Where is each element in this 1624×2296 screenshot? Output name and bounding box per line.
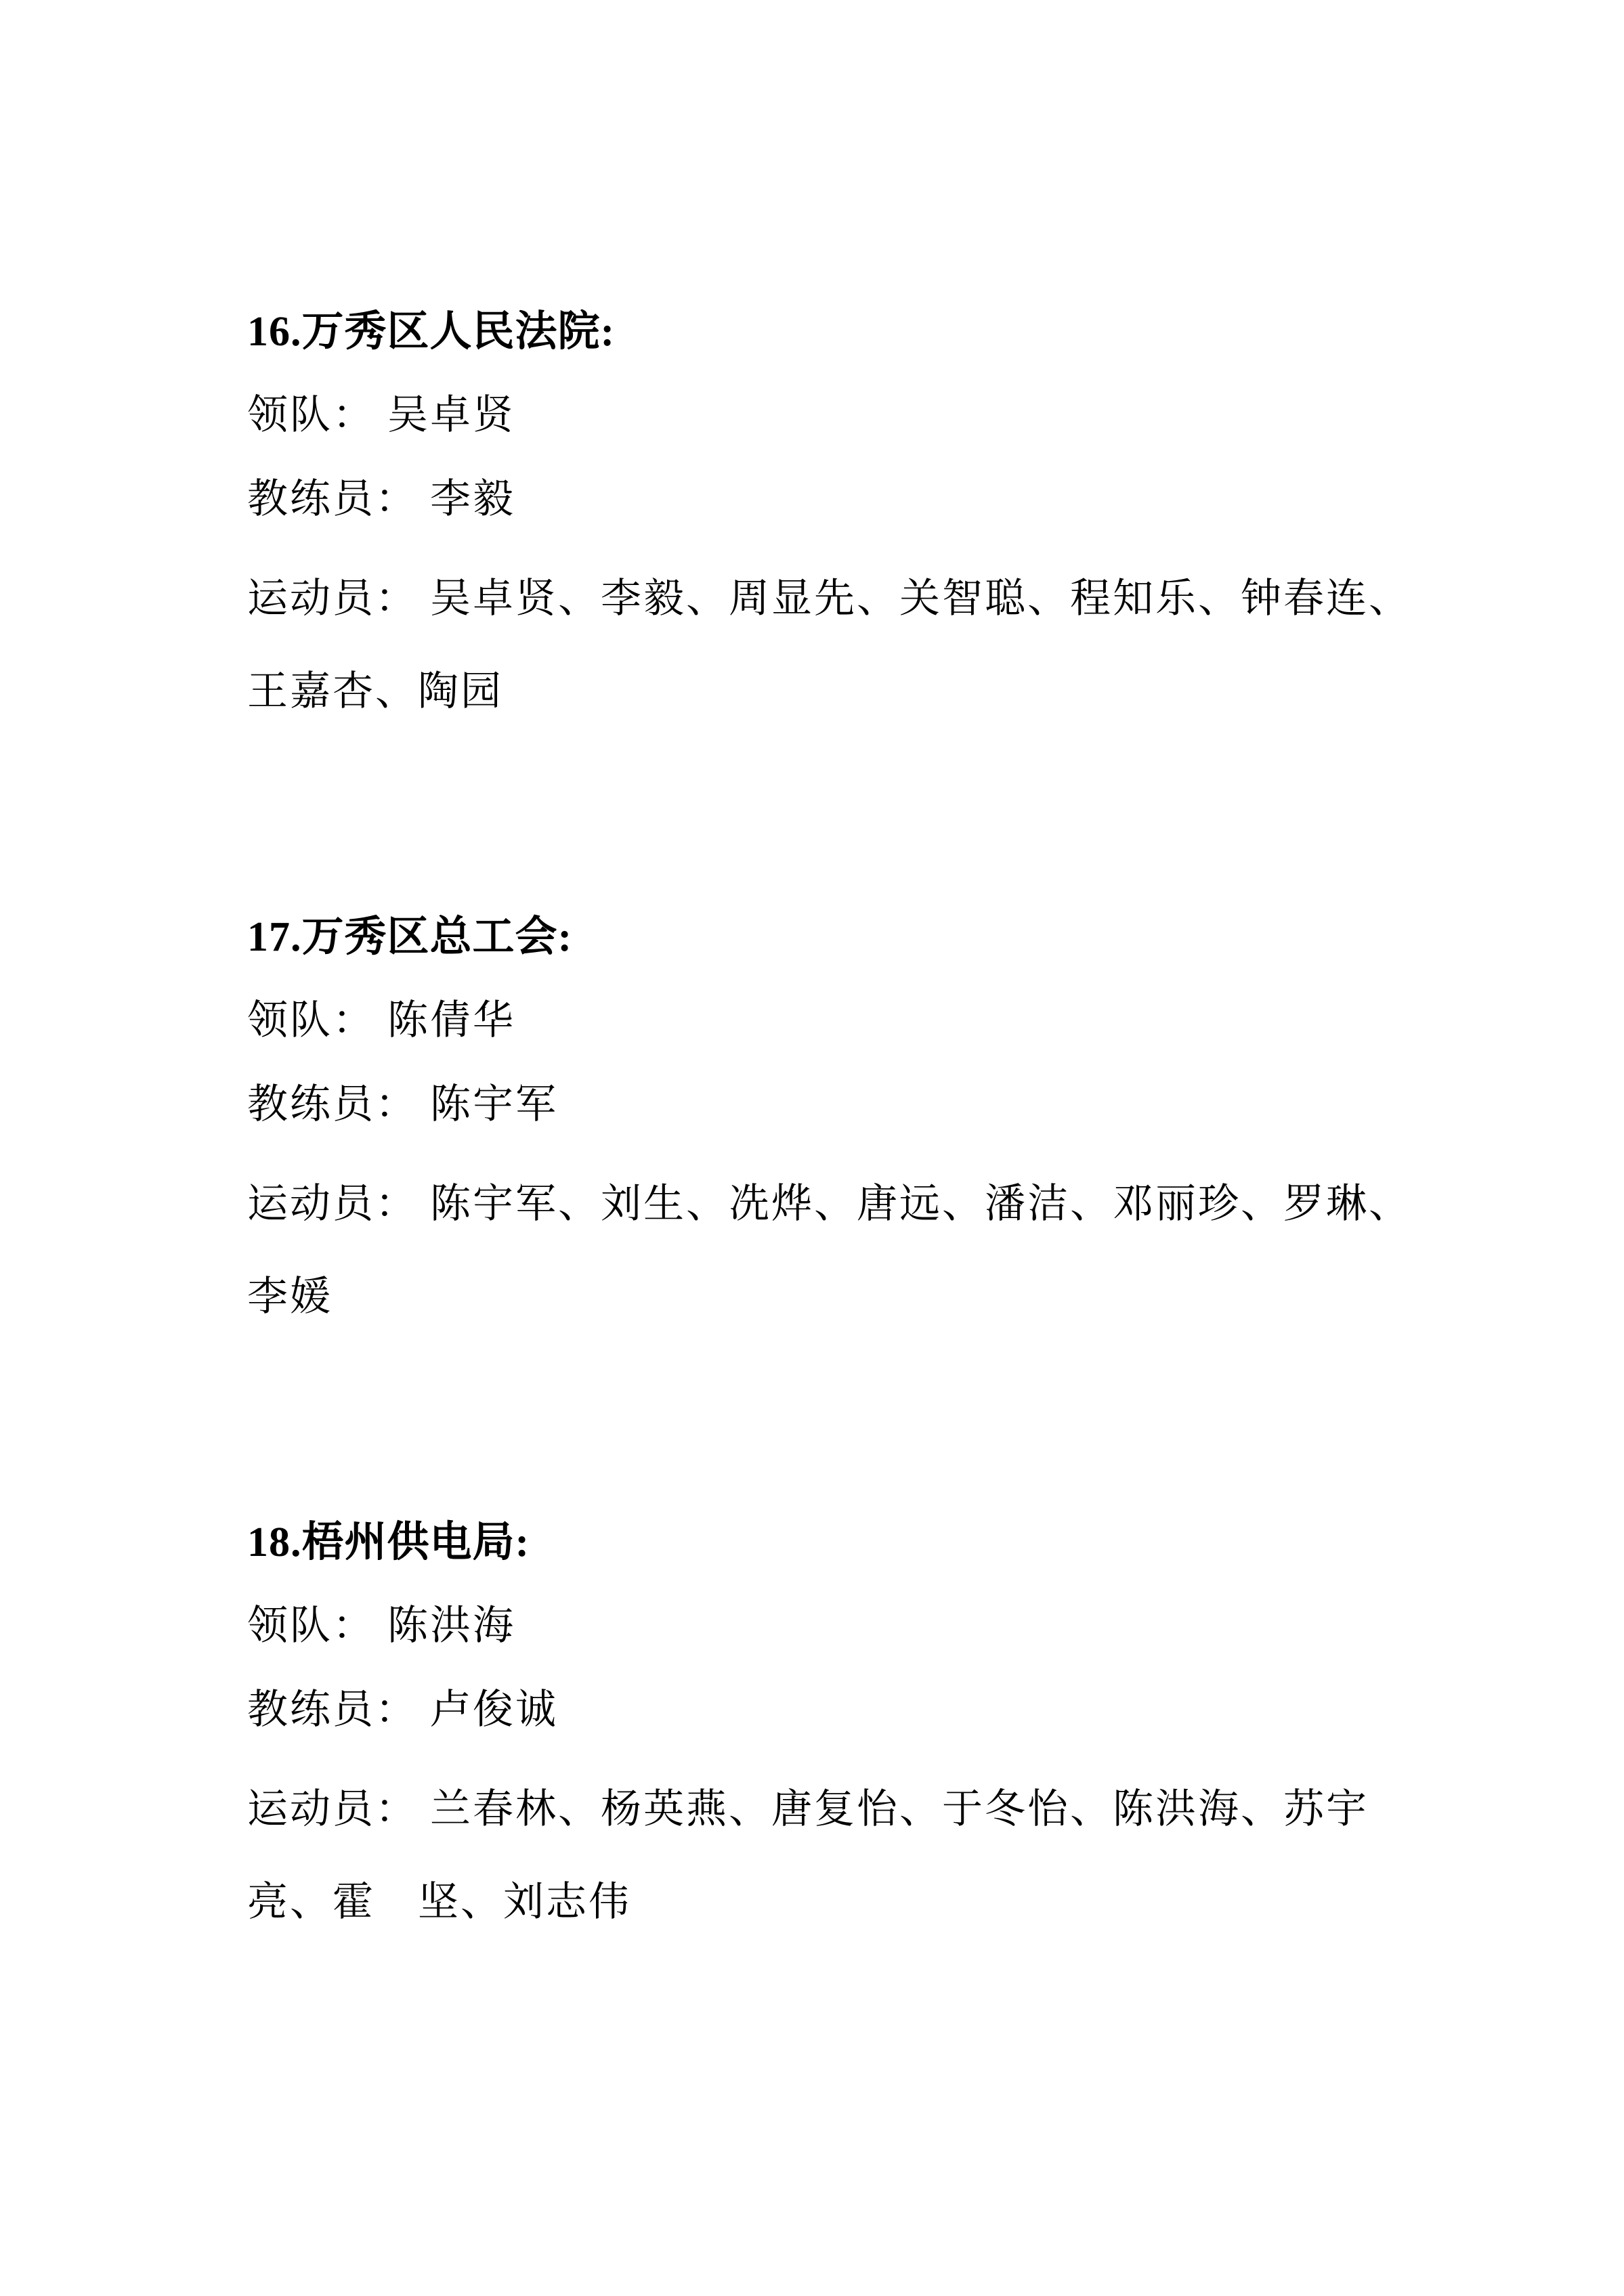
team-heading: 16.万秀区人民法院: xyxy=(247,305,615,359)
leader-line: 领队： 陈洪海 xyxy=(247,1599,515,1653)
coach-line: 教练员： 李毅 xyxy=(247,472,515,526)
team-heading: 17.万秀区总工会: xyxy=(247,910,572,964)
leader-line: 领队： 吴卓贤 xyxy=(247,388,515,442)
athletes-line-2: 王嘉杏、陶园 xyxy=(247,664,503,718)
document-page: 16.万秀区人民法院: 领队： 吴卓贤 教练员： 李毅 运动员： 吴卓贤、李毅、… xyxy=(0,0,1624,2296)
leader-line: 领队： 陈倩华 xyxy=(247,993,515,1047)
team-section-18: 18.梧州供电局: 领队： 陈洪海 教练员： 卢俊诚 运动员： 兰春林、杨英燕、… xyxy=(247,1515,1426,1949)
coach-line: 教练员： 卢俊诚 xyxy=(247,1683,558,1737)
athletes-line-1: 运动员： 陈宇军、刘生、冼烨、唐远、潘洁、邓丽珍、罗琳、 xyxy=(247,1177,1411,1231)
coach-line: 教练员： 陈宇军 xyxy=(247,1077,558,1131)
athletes-line-1: 运动员： 兰春林、杨英燕、唐复怡、于冬怡、陈洪海、苏宇 xyxy=(247,1782,1369,1836)
team-heading: 18.梧州供电局: xyxy=(247,1515,530,1569)
athletes-line-1: 运动员： 吴卓贤、李毅、周显先、关智聪、程知乐、钟春连、 xyxy=(247,571,1411,626)
team-section-16: 16.万秀区人民法院: 领队： 吴卓贤 教练员： 李毅 运动员： 吴卓贤、李毅、… xyxy=(247,305,1426,738)
athletes-line-2: 亮、霍 坚、刘志伟 xyxy=(247,1875,631,1929)
athletes-line-2: 李媛 xyxy=(247,1270,333,1324)
team-section-17: 17.万秀区总工会: 领队： 陈倩华 教练员： 陈宇军 运动员： 陈宇军、刘生、… xyxy=(247,910,1426,1343)
